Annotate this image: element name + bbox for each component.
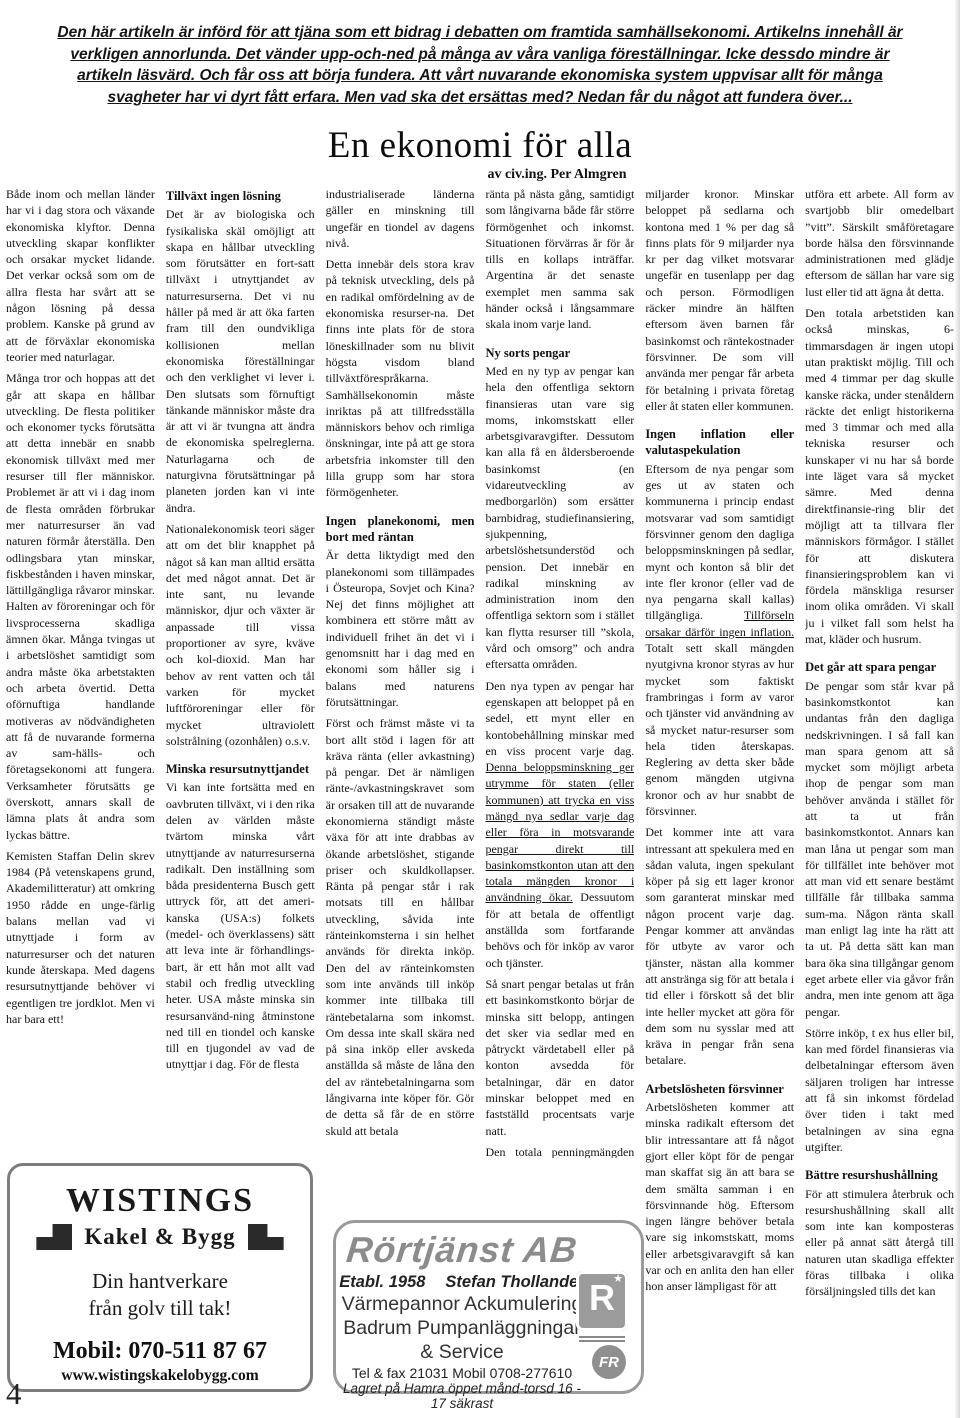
rortjanst-established-line: Etabl. 1958Stefan Thollander (336, 1273, 588, 1292)
paragraph: Vi kan inte fortsätta med en oavbruten t… (166, 779, 315, 1072)
paragraph: Den totala arbetstiden kan också minskas… (805, 305, 954, 647)
paragraph: Kemisten Staffan Delin skrev 1984 (På ve… (6, 848, 155, 1027)
paragraph: Arbetslösheten kommer att minska radikal… (645, 1099, 794, 1295)
paragraph: ränta på nästa gång, samtidigt som långi… (485, 186, 634, 333)
section-heading: Arbetslösheten försvinner (645, 1081, 794, 1097)
tile-left-icon (36, 1224, 72, 1250)
rortjanst-service-line2: Badrum Pumpanläggningar (336, 1316, 588, 1340)
section-heading: Det går att spara pengar (805, 659, 954, 675)
scan-edge-artifact (954, 0, 960, 1418)
rortjanst-owner: Stefan Thollander (445, 1273, 584, 1291)
text-column-5: miljarder kronor. Minskar beloppet på se… (645, 186, 794, 1392)
wistings-subtitle: Kakel & Bygg (84, 1224, 235, 1250)
wistings-tagline-line2: från golv till tak! (10, 1295, 310, 1322)
text-column-6: utföra ett arbete. All form av svartjobb… (805, 186, 954, 1392)
rortjanst-established: Etabl. 1958 (339, 1273, 425, 1291)
ad-rortjanst: Rörtjänst AB Etabl. 1958Stefan Thollande… (333, 1220, 644, 1394)
paragraph: De pengar som står kvar på basinkomstkon… (805, 678, 954, 1020)
wistings-logo-text: WISTINGS (10, 1182, 310, 1220)
text-column-2: Tillväxt ingen lösningDet är av biologis… (166, 186, 315, 1140)
badge-star-icon: ★ (613, 1272, 623, 1285)
fr-logo-icon: FR (592, 1345, 626, 1379)
paragraph: miljarder kronor. Minskar beloppet på se… (645, 186, 794, 414)
rortjanst-service-line3: & Service (336, 1340, 588, 1364)
newspaper-page: Den här artikeln är införd för att tjäna… (0, 0, 960, 1418)
section-heading: Ny sorts pengar (485, 345, 634, 361)
paragraph: Så snart pengar betalas ut från ett basi… (485, 976, 634, 1139)
paragraph: Är detta liktydigt med den planekonomi s… (326, 547, 475, 710)
paragraph: Större inköp, t ex hus eller bil, kan me… (805, 1025, 954, 1155)
paragraph: Med en ny typ av pengar kan hela den off… (485, 363, 634, 673)
text-column-1: Både inom och mellan länder har vi i dag… (6, 186, 155, 1140)
section-heading: Tillväxt ingen lösning (166, 188, 315, 204)
article-title: En ekonomi för alla (0, 124, 960, 167)
rortjanst-hours: Lagret på Hamra öppet månd-torsd 16 - 17… (336, 1381, 588, 1411)
badge-smallprint (576, 1334, 628, 1344)
paragraph: Både inom och mellan länder har vi i dag… (6, 186, 155, 365)
rortjanst-service-line1: Värmepannor Ackumulering (336, 1292, 588, 1316)
tile-right-icon (248, 1224, 284, 1250)
rortjanst-phone: Tel & fax 21031 Mobil 0708-277610 (336, 1365, 588, 1381)
section-heading: Ingen inflation eller valutaspekulation (645, 426, 794, 459)
text-column-4: ränta på nästa gång, samtidigt som långi… (485, 186, 634, 1158)
page-number: 4 (6, 1376, 22, 1412)
paragraph: Många tror och hoppas att det går att sk… (6, 370, 155, 843)
paragraph: industrialiserade länderna gäller en min… (326, 186, 475, 251)
text-column-3: industrialiserade länderna gäller en min… (326, 186, 475, 1158)
wistings-tagline-line1: Din hantverkare (10, 1268, 310, 1295)
paragraph: Det är av biologiska och fysikaliska skä… (166, 206, 315, 516)
paragraph: Eftersom de nya pengar som ges ut av sta… (645, 461, 794, 820)
section-heading: Minska resursutnyttjandet (166, 761, 315, 777)
vvs-certification-badge-icon: R ★ (576, 1271, 628, 1331)
wistings-phone: Mobil: 070-511 87 67 (10, 1338, 310, 1365)
paragraph: Den totala penningmängden (M3) är ungefä… (485, 1144, 634, 1158)
paragraph: För att stimulera återbruk och resurshus… (805, 1186, 954, 1300)
paragraph: Den nya typen av pengar har egenskapen a… (485, 678, 634, 971)
intro-paragraph: Den här artikeln är införd för att tjäna… (55, 22, 905, 108)
wistings-tagline: Din hantverkare från golv till tak! (10, 1268, 310, 1322)
paragraph: Nationalekonomisk teori säger att om det… (166, 521, 315, 749)
rortjanst-logo-text: Rörtjänst AB (334, 1229, 590, 1271)
section-heading: Bättre resurshushållning (805, 1167, 954, 1183)
ad-wistings: WISTINGS Kakel & Bygg Din hantverkare fr… (7, 1163, 313, 1392)
section-heading: Ingen planekonomi, men bort med räntan (326, 513, 475, 546)
paragraph: utföra ett arbete. All form av svartjobb… (805, 186, 954, 300)
paragraph: Detta innebär dels stora krav på teknisk… (326, 256, 475, 500)
wistings-website: www.wistingskakelobygg.com (10, 1367, 310, 1385)
byline: av civ.ing. Per Almgren (77, 167, 960, 183)
paragraph: Först och främst måste vi ta bort allt s… (326, 715, 475, 1139)
paragraph: Det kommer inte att vara intressant att … (645, 824, 794, 1068)
